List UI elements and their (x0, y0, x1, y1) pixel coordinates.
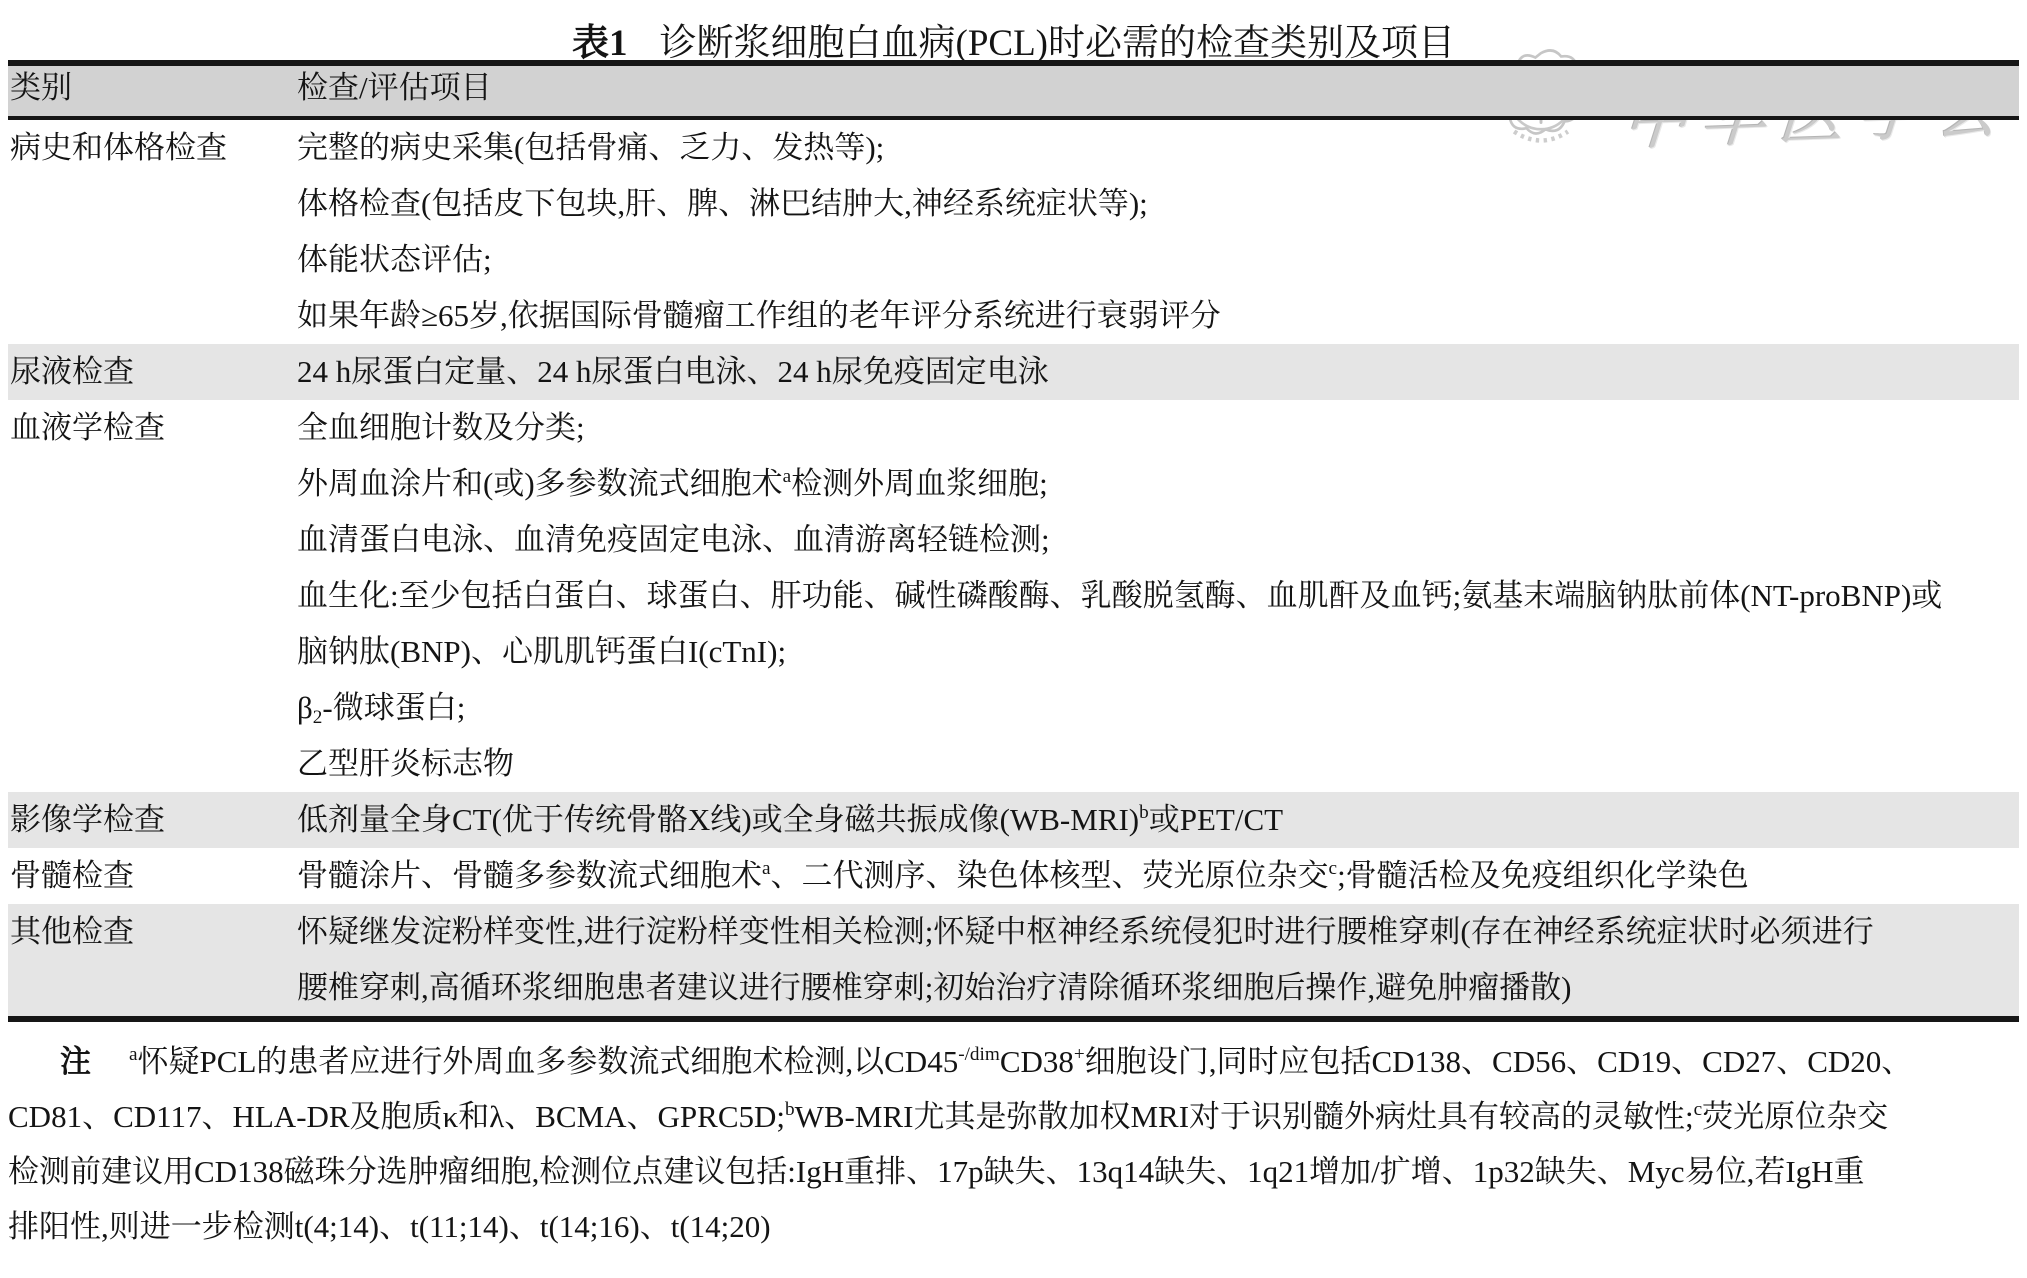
item-line: 外周血涂片和(或)多参数流式细胞术a检测外周血浆细胞; (297, 456, 2019, 512)
footnote-line: 注a怀疑PCL的患者应进行外周血多参数流式细胞术检测,以CD45-/dimCD3… (8, 1034, 2019, 1089)
item-line: β2-微球蛋白; (297, 680, 2019, 736)
item-line: 血清蛋白电泳、血清免疫固定电泳、血清游离轻链检测; (297, 512, 2019, 568)
footnote-line: 排阳性,则进一步检测t(4;14)、t(11;14)、t(14;16)、t(14… (8, 1199, 2019, 1254)
category-cell: 影像学检查 (8, 792, 297, 848)
table-row: 病史和体格检查完整的病史采集(包括骨痛、乏力、发热等);体格检查(包括皮下包块,… (8, 120, 2019, 344)
footnote-label: 注 (60, 1044, 91, 1079)
item-line: 体格检查(包括皮下包块,肝、脾、淋巴结肿大,神经系统症状等); (297, 176, 2019, 232)
item-line: 如果年龄≥65岁,依据国际骨髓瘤工作组的老年评分系统进行衰弱评分 (297, 288, 2019, 344)
item-line: 完整的病史采集(包括骨痛、乏力、发热等); (297, 120, 2019, 176)
table-caption: 诊断浆细胞白血病(PCL)时必需的检查类别及项目 (660, 23, 1456, 64)
item-line: 全血细胞计数及分类; (297, 400, 2019, 456)
table-row: 其他检查怀疑继发淀粉样变性,进行淀粉样变性相关检测;怀疑中枢神经系统侵犯时进行腰… (8, 904, 2019, 1016)
diagnostic-table: 中华医学会 类别 检查/评估项目 病史和体格检查完整的病史采集(包括骨痛、乏力、… (8, 60, 2019, 1022)
items-cell: 完整的病史采集(包括骨痛、乏力、发热等);体格检查(包括皮下包块,肝、脾、淋巴结… (297, 120, 2019, 344)
footnote-line: CD81、CD117、HLA-DR及胞质κ和λ、BCMA、GPRC5D;bWB-… (8, 1089, 2019, 1144)
items-cell: 骨髓涂片、骨髓多参数流式细胞术a、二代测序、染色体核型、荧光原位杂交c;骨髓活检… (297, 848, 2019, 904)
category-cell: 骨髓检查 (8, 848, 297, 904)
item-line: 体能状态评估; (297, 232, 2019, 288)
item-line: 血生化:至少包括白蛋白、球蛋白、肝功能、碱性磷酸酶、乳酸脱氢酶、血肌酐及血钙;氨… (297, 568, 2019, 624)
item-line: 腰椎穿刺,高循环浆细胞患者建议进行腰椎穿刺;初始治疗清除循环浆细胞后操作,避免肿… (297, 960, 2019, 1016)
header-category: 类别 (8, 60, 297, 116)
items-cell: 24 h尿蛋白定量、24 h尿蛋白电泳、24 h尿免疫固定电泳 (297, 344, 2019, 400)
category-cell: 病史和体格检查 (8, 120, 297, 176)
item-line: 低剂量全身CT(优于传统骨骼X线)或全身磁共振成像(WB-MRI)b或PET/C… (297, 792, 2019, 848)
item-line: 脑钠肽(BNP)、心肌肌钙蛋白I(cTnI); (297, 624, 2019, 680)
item-line: 怀疑继发淀粉样变性,进行淀粉样变性相关检测;怀疑中枢神经系统侵犯时进行腰椎穿刺(… (297, 904, 2019, 960)
items-cell: 怀疑继发淀粉样变性,进行淀粉样变性相关检测;怀疑中枢神经系统侵犯时进行腰椎穿刺(… (297, 904, 2019, 1016)
category-cell: 其他检查 (8, 904, 297, 960)
table-header-row: 类别 检查/评估项目 (8, 60, 2019, 120)
table-title: 表1诊断浆细胞白血病(PCL)时必需的检查类别及项目 (0, 0, 2027, 54)
table-row: 尿液检查24 h尿蛋白定量、24 h尿蛋白电泳、24 h尿免疫固定电泳 (8, 344, 2019, 400)
item-line: 乙型肝炎标志物 (297, 736, 2019, 792)
items-cell: 全血细胞计数及分类;外周血涂片和(或)多参数流式细胞术a检测外周血浆细胞;血清蛋… (297, 400, 2019, 792)
header-items: 检查/评估项目 (297, 60, 2019, 116)
table-row: 影像学检查低剂量全身CT(优于传统骨骼X线)或全身磁共振成像(WB-MRI)b或… (8, 792, 2019, 848)
item-line: 24 h尿蛋白定量、24 h尿蛋白电泳、24 h尿免疫固定电泳 (297, 344, 2019, 400)
items-cell: 低剂量全身CT(优于传统骨骼X线)或全身磁共振成像(WB-MRI)b或PET/C… (297, 792, 2019, 848)
footnote-line: 检测前建议用CD138磁珠分选肿瘤细胞,检测位点建议包括:IgH重排、17p缺失… (8, 1144, 2019, 1199)
table-row: 血液学检查全血细胞计数及分类;外周血涂片和(或)多参数流式细胞术a检测外周血浆细… (8, 400, 2019, 792)
table-number: 表1 (572, 23, 628, 64)
category-cell: 尿液检查 (8, 344, 297, 400)
journal-table-figure: 表1诊断浆细胞白血病(PCL)时必需的检查类别及项目 中华医学会 类别 检查/ (0, 0, 2027, 1278)
category-cell: 血液学检查 (8, 400, 297, 456)
table-row: 骨髓检查骨髓涂片、骨髓多参数流式细胞术a、二代测序、染色体核型、荧光原位杂交c;… (8, 848, 2019, 904)
table-top-rule (8, 60, 2019, 66)
item-line: 骨髓涂片、骨髓多参数流式细胞术a、二代测序、染色体核型、荧光原位杂交c;骨髓活检… (297, 848, 2019, 904)
footnote: 注a怀疑PCL的患者应进行外周血多参数流式细胞术检测,以CD45-/dimCD3… (8, 1034, 2019, 1254)
table-body: 病史和体格检查完整的病史采集(包括骨痛、乏力、发热等);体格检查(包括皮下包块,… (8, 120, 2019, 1016)
